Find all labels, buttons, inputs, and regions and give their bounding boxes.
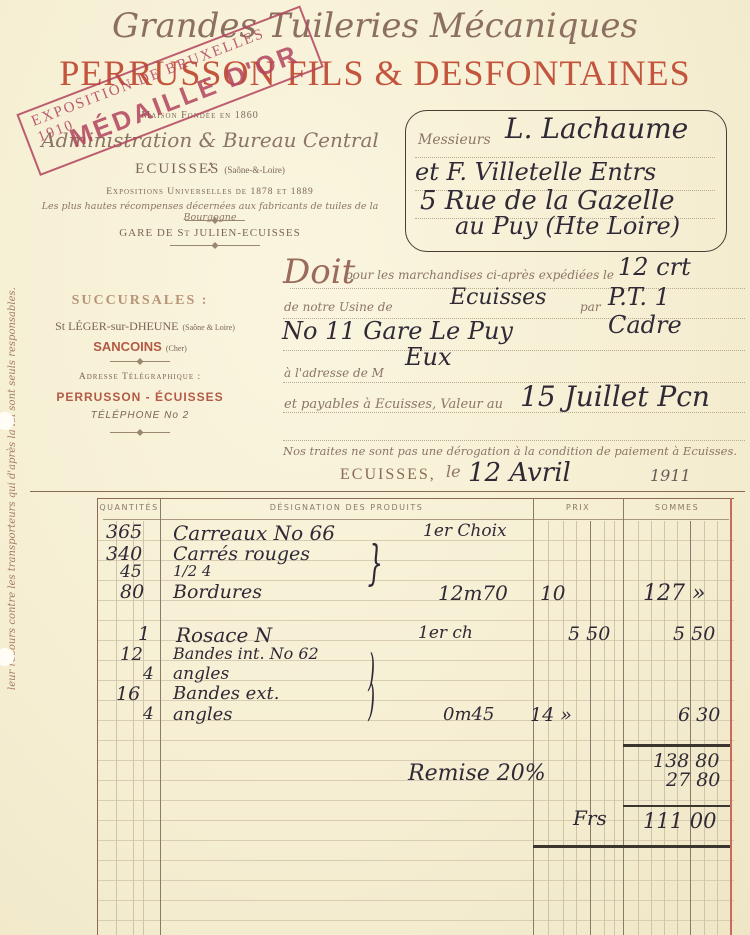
- row-price: 5 50: [568, 623, 610, 645]
- branch2: SANCOINS (Cher): [20, 338, 260, 356]
- row-designation: 1/2 4: [173, 562, 211, 580]
- row-qty: 45: [120, 562, 142, 582]
- rule: [283, 350, 745, 351]
- shipped-label: pour les marchandises ci-après expédiées…: [345, 268, 614, 282]
- recipient-name: L. Lachaume: [505, 112, 688, 145]
- branch1-region: (Saône & Loire): [182, 323, 234, 332]
- table-row: 4 angles 0m45 14 » 6 30: [98, 704, 734, 724]
- invoice-document: Grandes Tuileries Mécaniques PERRUSSON F…: [0, 0, 750, 935]
- payment-due: 15 Juillet Pcn: [520, 380, 710, 413]
- row-measure: 0m45: [443, 704, 494, 725]
- address-value: Eux: [405, 343, 452, 371]
- branch2-name: SANCOINS: [93, 339, 162, 354]
- row-qty: 1: [138, 623, 150, 645]
- payment-notice: Nos traites ne sont pas une dérogation à…: [283, 444, 737, 458]
- row-qty: 4: [143, 704, 154, 724]
- telegraph-label: Adresse Télégraphique :: [20, 372, 260, 382]
- branch1-name: St LÉGER-sur-DHEUNE: [55, 319, 178, 333]
- address-label: à l'adresse de M: [284, 366, 384, 380]
- row-price: 14 »: [530, 704, 572, 726]
- ornament-divider: [170, 245, 260, 246]
- invoice-date: 12 Avril: [468, 458, 571, 488]
- table-row: 16 Bandes ext.: [98, 683, 734, 703]
- shipped-date: 12 crt: [618, 253, 691, 281]
- col-header-quantities: QUANTITÉS: [98, 503, 160, 512]
- row-note: 1er Choix: [423, 521, 507, 541]
- closing-rule: [533, 845, 731, 848]
- row-sum: 6 30: [678, 704, 720, 726]
- invoice-table: QUANTITÉS DÉSIGNATION DES PRODUITS PRIX …: [97, 498, 734, 935]
- ornament-divider: [110, 361, 170, 362]
- telephone: TÉLÉPHONE No 2: [20, 410, 260, 421]
- table-row: 12 Bandes int. No 62: [98, 644, 734, 664]
- conditions-of-sale: CONDITIONS DE VENTE. Nos marchandises vo…: [0, 250, 36, 690]
- branch1: St LÉGER-sur-DHEUNE (Saône & Loire): [20, 317, 270, 335]
- table-row: 45 1/2 4: [98, 562, 734, 582]
- row-designation: angles: [173, 664, 229, 684]
- city: ECUISSES: [135, 161, 220, 177]
- company-tagline: Grandes Tuileries Mécaniques: [0, 6, 750, 46]
- payment-label: et payables à Ecuisses, Valeur au: [284, 397, 503, 412]
- rule: [283, 440, 745, 441]
- col-header-price: PRIX: [533, 503, 623, 512]
- row-qty: 16: [116, 683, 140, 705]
- currency-label: Frs: [573, 806, 607, 830]
- table-row: 80 Bordures 12m70 10 127 »: [98, 581, 734, 601]
- row-price: 10: [540, 581, 565, 605]
- table-row: 1 Rosace N 1er ch 5 50 5 50: [98, 623, 734, 643]
- city-line: ECUISSES (Saône-&-Loire): [80, 160, 340, 178]
- factory-label: de notre Usine de: [284, 300, 393, 314]
- invoice-year: 1911: [650, 466, 691, 485]
- table-row: 365 Carreaux No 66 1er Choix: [98, 521, 734, 541]
- telegraph-address: PERRUSSON - ÉCUISSES: [20, 390, 260, 404]
- factory-value: Ecuisses: [450, 285, 546, 310]
- row-qty: 365: [106, 521, 142, 543]
- bracket: ): [368, 679, 375, 723]
- row-qty: 80: [120, 581, 144, 603]
- brace-bracket: }: [368, 539, 383, 587]
- col-header-designation: DÉSIGNATION DES PRODUITS: [160, 503, 533, 512]
- total-amount: 111 00: [643, 809, 716, 833]
- ornament-divider: [110, 432, 170, 433]
- station-text: GARE DE St JULIEN-ECUISSES: [60, 227, 360, 239]
- carrier-value: P.T. 1 Cadre: [608, 283, 750, 339]
- subtotal-rule: [623, 744, 731, 747]
- row-designation: Bandes ext.: [173, 683, 279, 704]
- col-header-sums: SOMMES: [623, 503, 731, 512]
- row-qty: 4: [143, 664, 154, 684]
- station-value: No 11 Gare Le Puy: [282, 317, 513, 345]
- branches-title: SUCCURSALES :: [20, 293, 260, 309]
- le-label: le: [446, 462, 461, 481]
- carrier-label: par: [580, 300, 601, 314]
- table-row: 340 Carrés rouges: [98, 543, 734, 563]
- row-designation: angles: [173, 704, 233, 725]
- margin-rule: [730, 498, 732, 935]
- row-designation: Bandes int. No 62: [173, 644, 319, 663]
- row-sum: 5 50: [673, 623, 715, 645]
- rule: [30, 491, 745, 492]
- messieurs-label: Messieurs: [418, 132, 491, 148]
- recipient-city: au Puy (Hte Loire): [455, 212, 680, 240]
- total-rule: [623, 805, 731, 807]
- conditions-text: Nos marchandises voyagent toujours aux r…: [0, 251, 18, 690]
- row-designation: Carreaux No 66: [173, 521, 335, 545]
- expositions-text: Expositions Universelles de 1878 et 1889: [40, 187, 380, 197]
- row-note: 1er ch: [418, 623, 473, 643]
- place-label: ECUISSES,: [340, 466, 436, 484]
- row-measure: 12m70: [438, 581, 508, 605]
- recipient-line2: et F. Villetelle Entrs: [415, 158, 656, 186]
- row-designation: Bordures: [173, 581, 262, 603]
- table-row: 4 angles: [98, 664, 734, 684]
- discount-amount: 27 80: [666, 769, 720, 791]
- region: (Saône-&-Loire): [224, 165, 284, 175]
- row-qty: 12: [120, 644, 143, 665]
- branch2-region: (Cher): [166, 344, 187, 353]
- discount-label: Remise 20%: [408, 761, 546, 786]
- ornament-divider: [185, 220, 245, 221]
- row-sum: 127 »: [643, 581, 705, 606]
